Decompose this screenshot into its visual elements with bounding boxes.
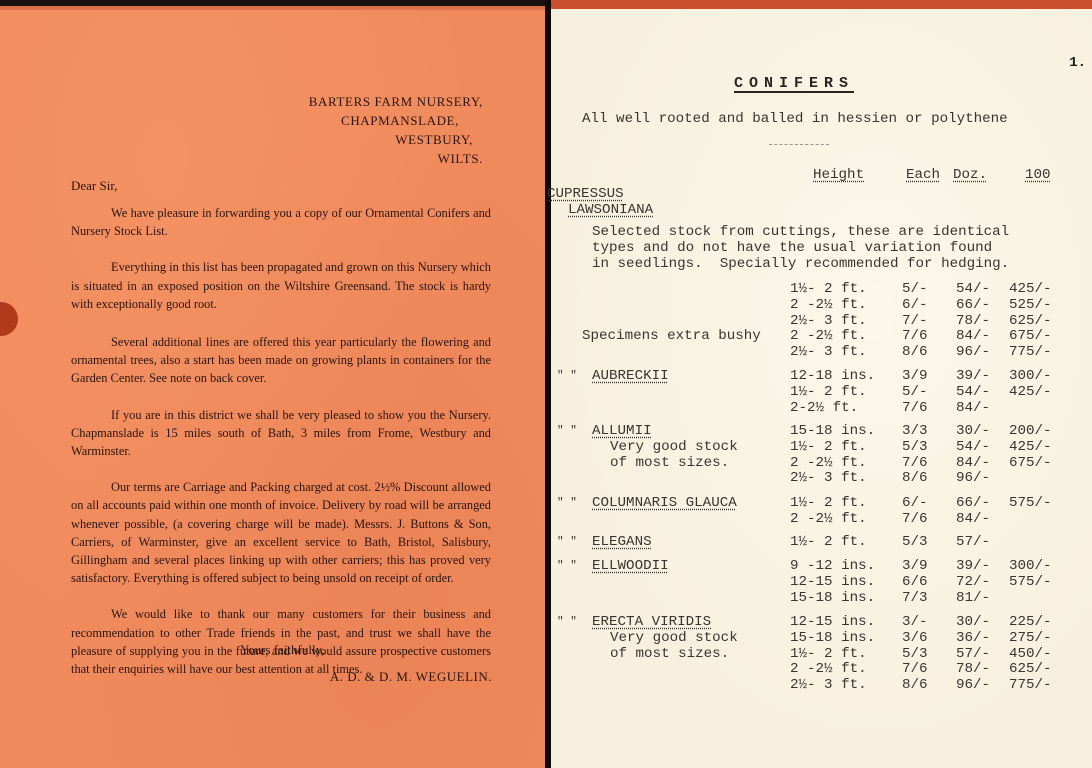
dozen-price-cell: 39/- — [956, 559, 990, 575]
height-cell: 2 -2½ ft. — [790, 456, 867, 472]
price-block: " "ALLUMII15-18 ins.3/330/-200/-Very goo… — [551, 424, 1092, 487]
hundred-price-cell: 425/- — [1009, 440, 1052, 456]
ditto-mark: " " — [557, 535, 577, 551]
dozen-price-cell: 96/- — [956, 471, 990, 487]
hundred-price-cell: 300/- — [1009, 369, 1052, 385]
species-name: LAWSONIANA — [568, 202, 653, 218]
price-row: 2½- 3 ft.8/696/-775/- — [551, 345, 1092, 361]
letter-paragraph: We have pleasure in forwarding you a cop… — [71, 204, 491, 240]
each-price-cell: 6/- — [902, 298, 928, 314]
dozen-price-cell: 96/- — [956, 345, 990, 361]
variety-name: ELLWOODII — [592, 559, 669, 575]
each-price-cell: 7/6 — [902, 401, 928, 417]
ditto-mark: " " — [557, 369, 577, 385]
hundred-price-cell: 425/- — [1009, 385, 1052, 401]
price-row: " "AUBRECKII12-18 ins.3/939/-300/- — [551, 369, 1092, 385]
nursery-address: BARTERS FARM NURSERY, CHAPMANSLADE, WEST… — [309, 92, 483, 168]
price-row: 2-2½ ft.7/684/- — [551, 401, 1092, 417]
height-cell: 2½- 3 ft. — [790, 678, 867, 694]
price-row: 2½- 3 ft.8/696/- — [551, 471, 1092, 487]
dozen-price-cell: 66/- — [956, 298, 990, 314]
dozen-price-cell: 72/- — [956, 575, 990, 591]
dozen-price-cell: 84/- — [956, 456, 990, 472]
price-list-page: 1. CONIFERS All well rooted and balled i… — [551, 9, 1092, 768]
dozen-price-cell: 78/- — [956, 314, 990, 330]
column-header-height: Height — [813, 167, 864, 183]
each-price-cell: 3/3 — [902, 424, 928, 440]
price-row: 2 -2½ ft.6/-66/-525/- — [551, 298, 1092, 314]
hundred-price-cell: 425/- — [1009, 282, 1052, 298]
ditto-mark: " " — [557, 496, 577, 512]
each-price-cell: 5/- — [902, 282, 928, 298]
divider — [769, 144, 829, 145]
each-price-cell: 3/- — [902, 615, 928, 631]
variety-description: of most sizes. — [610, 647, 729, 663]
each-price-cell: 5/3 — [902, 535, 928, 551]
height-cell: 12-15 ins. — [790, 575, 875, 591]
each-price-cell: 6/- — [902, 496, 928, 512]
hundred-price-cell: 675/- — [1009, 456, 1052, 472]
price-row: 2½- 3 ft.7/-78/-625/- — [551, 314, 1092, 330]
section-subtitle: All well rooted and balled in hessien or… — [582, 111, 1008, 127]
address-line: WESTBURY, — [309, 130, 473, 149]
cover-letter-page: BARTERS FARM NURSERY, CHAPMANSLADE, WEST… — [0, 6, 545, 768]
price-row: 2 -2½ ft.7/678/-625/- — [551, 662, 1092, 678]
price-row: 1½- 2 ft.5/-54/-425/- — [551, 385, 1092, 401]
each-price-cell: 7/6 — [902, 456, 928, 472]
price-row: 2½- 3 ft.8/696/-775/- — [551, 678, 1092, 694]
ditto-mark: " " — [557, 559, 577, 575]
letter-body: We have pleasure in forwarding you a cop… — [71, 204, 491, 696]
each-price-cell: 7/6 — [902, 329, 928, 345]
each-price-cell: 5/- — [902, 385, 928, 401]
height-cell: 1½- 2 ft. — [790, 282, 867, 298]
height-cell: 15-18 ins. — [790, 424, 875, 440]
price-block: 1½- 2 ft.5/-54/-425/-2 -2½ ft.6/-66/-525… — [551, 282, 1092, 361]
stock-note: Selected stock from cuttings, these are … — [592, 224, 1009, 273]
height-cell: 2½- 3 ft. — [790, 314, 867, 330]
letter-paragraph: If you are in this district we shall be … — [71, 406, 491, 461]
height-cell: 1½- 2 ft. — [790, 647, 867, 663]
each-price-cell: 5/3 — [902, 440, 928, 456]
each-price-cell: 7/6 — [902, 512, 928, 528]
each-price-cell: 5/3 — [902, 647, 928, 663]
dozen-price-cell: 84/- — [956, 512, 990, 528]
dozen-price-cell: 54/- — [956, 385, 990, 401]
dozen-price-cell: 54/- — [956, 282, 990, 298]
price-row: Specimens extra bushy2 -2½ ft.7/684/-675… — [551, 329, 1092, 345]
hundred-price-cell: 575/- — [1009, 575, 1052, 591]
each-price-cell: 7/3 — [902, 591, 928, 607]
dozen-price-cell: 30/- — [956, 615, 990, 631]
page-edge — [0, 6, 545, 10]
hundred-price-cell: 450/- — [1009, 647, 1052, 663]
price-row: " "COLUMNARIS GLAUCA1½- 2 ft.6/-66/-575/… — [551, 496, 1092, 512]
each-price-cell: 8/6 — [902, 471, 928, 487]
each-price-cell: 3/6 — [902, 631, 928, 647]
each-price-cell: 7/- — [902, 314, 928, 330]
price-row: Very good stock15-18 ins.3/636/-275/- — [551, 631, 1092, 647]
price-row: Very good stock1½- 2 ft.5/354/-425/- — [551, 440, 1092, 456]
height-cell: 9 -12 ins. — [790, 559, 875, 575]
variety-description: of most sizes. — [610, 456, 729, 472]
price-row: 2 -2½ ft.7/684/- — [551, 512, 1092, 528]
hundred-price-cell: 525/- — [1009, 298, 1052, 314]
section-title: CONIFERS — [734, 75, 854, 92]
dozen-price-cell: 84/- — [956, 401, 990, 417]
price-row: " "ELEGANS1½- 2 ft.5/357/- — [551, 535, 1092, 551]
height-cell: 2 -2½ ft. — [790, 512, 867, 528]
hundred-price-cell: 275/- — [1009, 631, 1052, 647]
height-cell: 1½- 2 ft. — [790, 385, 867, 401]
punch-hole — [0, 302, 18, 336]
ditto-mark: " " — [557, 424, 577, 440]
dozen-price-cell: 30/- — [956, 424, 990, 440]
height-cell: 2½- 3 ft. — [790, 345, 867, 361]
letter-paragraph: Our terms are Carriage and Packing charg… — [71, 478, 491, 587]
column-header-hundred: 100 — [1025, 167, 1051, 183]
address-line: WILTS. — [309, 149, 483, 168]
hundred-price-cell: 625/- — [1009, 314, 1052, 330]
price-block: " "COLUMNARIS GLAUCA1½- 2 ft.6/-66/-575/… — [551, 496, 1092, 528]
dozen-price-cell: 39/- — [956, 369, 990, 385]
variety-description: Very good stock — [610, 440, 738, 456]
each-price-cell: 8/6 — [902, 678, 928, 694]
variety-name: ALLUMII — [592, 424, 652, 440]
genus-name: CUPRESSUS — [547, 186, 624, 202]
signature: A. D. & D. M. WEGUELIN. — [330, 669, 492, 685]
height-cell: 1½- 2 ft. — [790, 535, 867, 551]
each-price-cell: 8/6 — [902, 345, 928, 361]
height-cell: 2-2½ ft. — [790, 401, 858, 417]
closing: Yours faithfully, — [240, 642, 325, 658]
hundred-price-cell: 775/- — [1009, 678, 1052, 694]
each-price-cell: 6/6 — [902, 575, 928, 591]
genus-heading: CUPRESSUS LAWSONIANA — [547, 186, 653, 218]
page-edge — [551, 0, 1092, 9]
hundred-price-cell: 575/- — [1009, 496, 1052, 512]
variety-name: COLUMNARIS GLAUCA — [592, 496, 737, 512]
booklet-spread: BARTERS FARM NURSERY, CHAPMANSLADE, WEST… — [0, 0, 1092, 768]
variety-name: ELEGANS — [592, 535, 652, 551]
height-cell: 1½- 2 ft. — [790, 440, 867, 456]
height-cell: 2 -2½ ft. — [790, 329, 867, 345]
column-header-doz: Doz. — [953, 167, 987, 183]
dozen-price-cell: 96/- — [956, 678, 990, 694]
hundred-price-cell: 200/- — [1009, 424, 1052, 440]
price-row: 1½- 2 ft.5/-54/-425/- — [551, 282, 1092, 298]
variety-name: ERECTA VIRIDIS — [592, 615, 711, 631]
height-cell: 1½- 2 ft. — [790, 496, 867, 512]
price-row: of most sizes.1½- 2 ft.5/357/-450/- — [551, 647, 1092, 663]
dozen-price-cell: 78/- — [956, 662, 990, 678]
price-row: of most sizes.2 -2½ ft.7/684/-675/- — [551, 456, 1092, 472]
column-header-each: Each — [906, 167, 940, 183]
price-block: " "ERECTA VIRIDIS12-15 ins.3/-30/-225/-V… — [551, 615, 1092, 694]
hundred-price-cell: 675/- — [1009, 329, 1052, 345]
letter-paragraph: Several additional lines are offered thi… — [71, 333, 491, 388]
price-block: " "AUBRECKII12-18 ins.3/939/-300/-1½- 2 … — [551, 369, 1092, 416]
price-row: 12-15 ins.6/672/-575/- — [551, 575, 1092, 591]
page-number: 1. — [1069, 55, 1086, 71]
address-line: BARTERS FARM NURSERY, — [309, 92, 483, 111]
hundred-price-cell: 625/- — [1009, 662, 1052, 678]
price-row: " "ELLWOODII9 -12 ins.3/939/-300/- — [551, 559, 1092, 575]
price-row: 15-18 ins.7/381/- — [551, 591, 1092, 607]
row-label: Specimens extra bushy — [582, 329, 761, 345]
each-price-cell: 7/6 — [902, 662, 928, 678]
height-cell: 15-18 ins. — [790, 631, 875, 647]
variety-name: AUBRECKII — [592, 369, 669, 385]
height-cell: 2 -2½ ft. — [790, 298, 867, 314]
dozen-price-cell: 84/- — [956, 329, 990, 345]
price-block: " "ELEGANS1½- 2 ft.5/357/- — [551, 535, 1092, 551]
price-row: " "ERECTA VIRIDIS12-15 ins.3/-30/-225/- — [551, 615, 1092, 631]
dozen-price-cell: 81/- — [956, 591, 990, 607]
height-cell: 2 -2½ ft. — [790, 662, 867, 678]
letter-paragraph: Everything in this list has been propaga… — [71, 258, 491, 313]
address-line: CHAPMANSLADE, — [309, 111, 459, 130]
height-cell: 15-18 ins. — [790, 591, 875, 607]
hundred-price-cell: 775/- — [1009, 345, 1052, 361]
price-row: " "ALLUMII15-18 ins.3/330/-200/- — [551, 424, 1092, 440]
ditto-mark: " " — [557, 615, 577, 631]
height-cell: 12-18 ins. — [790, 369, 875, 385]
dozen-price-cell: 36/- — [956, 631, 990, 647]
dozen-price-cell: 57/- — [956, 647, 990, 663]
each-price-cell: 3/9 — [902, 559, 928, 575]
dozen-price-cell: 57/- — [956, 535, 990, 551]
hundred-price-cell: 225/- — [1009, 615, 1052, 631]
each-price-cell: 3/9 — [902, 369, 928, 385]
dozen-price-cell: 66/- — [956, 496, 990, 512]
height-cell: 12-15 ins. — [790, 615, 875, 631]
hundred-price-cell: 300/- — [1009, 559, 1052, 575]
variety-description: Very good stock — [610, 631, 738, 647]
height-cell: 2½- 3 ft. — [790, 471, 867, 487]
price-block: " "ELLWOODII9 -12 ins.3/939/-300/-12-15 … — [551, 559, 1092, 606]
dozen-price-cell: 54/- — [956, 440, 990, 456]
salutation: Dear Sir, — [71, 178, 117, 194]
